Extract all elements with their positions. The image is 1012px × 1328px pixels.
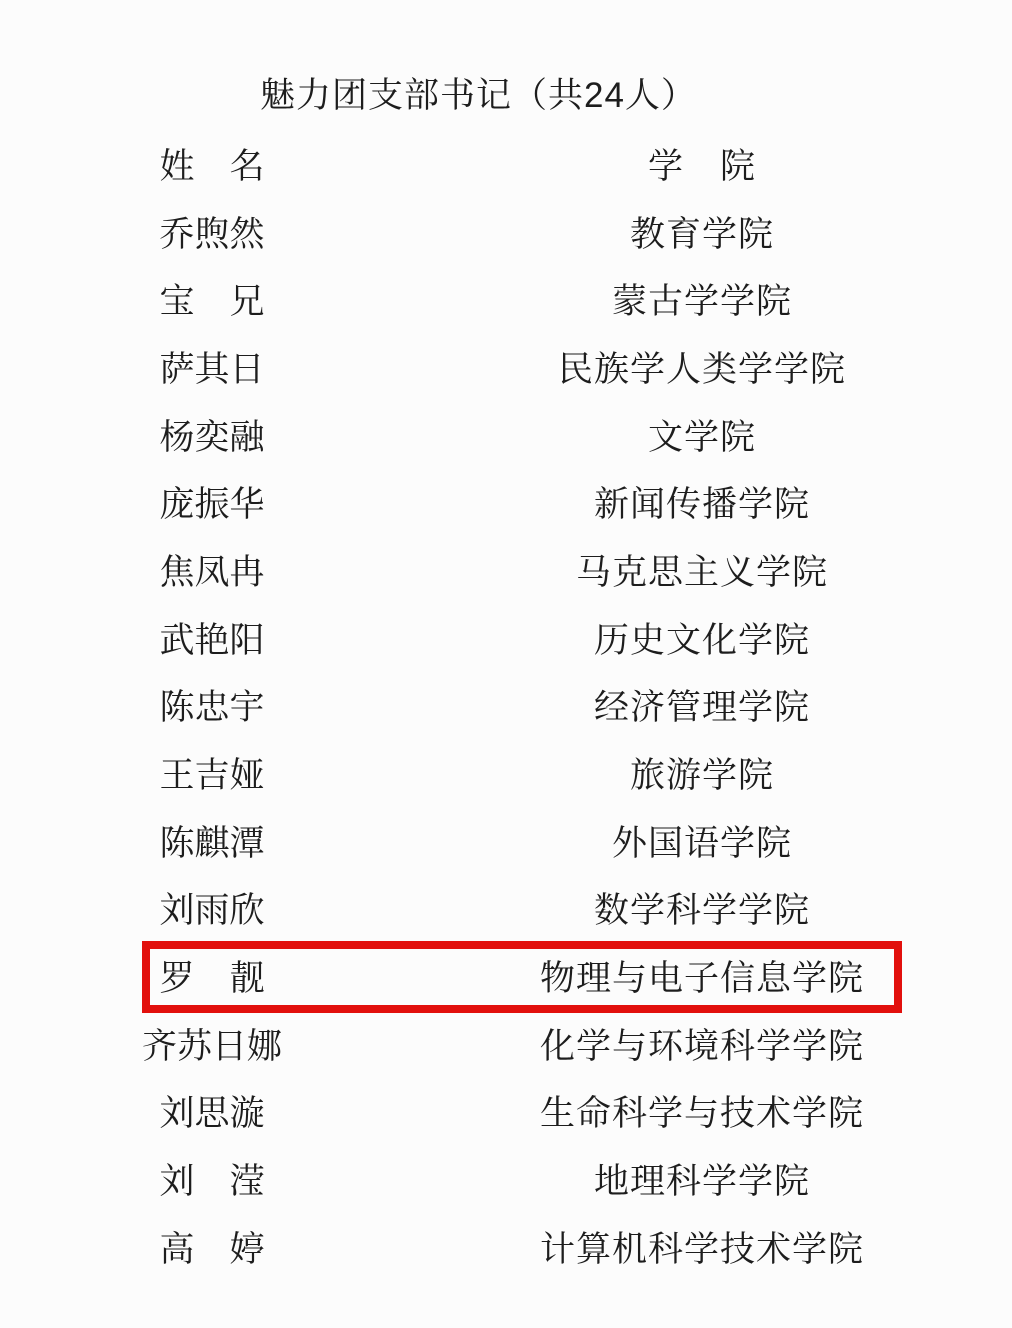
row-college: 马克思主义学院 [502, 553, 902, 593]
table-row: 乔煦然 教育学院 [0, 201, 1012, 269]
row-name: 刘 滢 [62, 1162, 362, 1202]
row-name: 陈忠宇 [62, 688, 362, 728]
row-name: 王吉娅 [62, 756, 362, 796]
table-row: 高 婷 计算机科学技术学院 [0, 1216, 1012, 1284]
roster-table: 姓 名 学 院 乔煦然 教育学院 宝 兄 蒙古学学院 萨其日 民族学人类学学院 … [0, 133, 1012, 1284]
row-name: 高 婷 [62, 1230, 362, 1270]
document-page: 魅力团支部书记（共24人） 姓 名 学 院 乔煦然 教育学院 宝 兄 蒙古学学院… [0, 0, 1012, 1328]
table-row: 萨其日 民族学人类学学院 [0, 336, 1012, 404]
table-row: 陈忠宇 经济管理学院 [0, 675, 1012, 743]
table-row: 陈麒潭 外国语学院 [0, 810, 1012, 878]
column-header-college: 学 院 [502, 147, 902, 187]
row-name: 罗 靓 [62, 959, 362, 999]
table-row: 焦凤冉 马克思主义学院 [0, 539, 1012, 607]
table-row: 王吉娅 旅游学院 [0, 742, 1012, 810]
row-name: 齐苏日娜 [62, 1027, 362, 1067]
row-college: 地理科学学院 [502, 1162, 902, 1202]
row-college: 历史文化学院 [502, 621, 902, 661]
row-college: 数学科学学院 [502, 891, 902, 931]
row-name: 乔煦然 [62, 215, 362, 255]
row-college: 化学与环境科学学院 [502, 1027, 902, 1067]
row-name: 庞振华 [62, 485, 362, 525]
row-name: 萨其日 [62, 350, 362, 390]
table-row: 刘 滢 地理科学学院 [0, 1148, 1012, 1216]
row-college: 物理与电子信息学院 [502, 959, 902, 999]
table-row: 杨奕融 文学院 [0, 404, 1012, 472]
row-college: 外国语学院 [502, 824, 902, 864]
page-title: 魅力团支部书记（共24人） [260, 74, 697, 118]
row-college: 生命科学与技术学院 [502, 1094, 902, 1134]
row-name: 杨奕融 [62, 418, 362, 458]
row-college: 文学院 [502, 418, 902, 458]
row-name: 武艳阳 [62, 621, 362, 661]
row-name: 焦凤冉 [62, 553, 362, 593]
row-college: 旅游学院 [502, 756, 902, 796]
table-row: 宝 兄 蒙古学学院 [0, 268, 1012, 336]
row-college: 教育学院 [502, 215, 902, 255]
row-college: 新闻传播学院 [502, 485, 902, 525]
table-row: 武艳阳 历史文化学院 [0, 607, 1012, 675]
table-row: 刘思漩 生命科学与技术学院 [0, 1081, 1012, 1149]
row-name: 刘思漩 [62, 1094, 362, 1134]
table-row: 庞振华 新闻传播学院 [0, 471, 1012, 539]
row-college: 民族学人类学学院 [502, 350, 902, 390]
table-header-row: 姓 名 学 院 [0, 133, 1012, 201]
row-name: 刘雨欣 [62, 891, 362, 931]
row-college: 经济管理学院 [502, 688, 902, 728]
row-name: 宝 兄 [62, 282, 362, 322]
row-college: 蒙古学学院 [502, 282, 902, 322]
table-row: 齐苏日娜 化学与环境科学学院 [0, 1013, 1012, 1081]
column-header-name: 姓 名 [62, 147, 362, 187]
row-name: 陈麒潭 [62, 824, 362, 864]
table-row-highlighted: 罗 靓 物理与电子信息学院 [0, 945, 1012, 1013]
row-college: 计算机科学技术学院 [502, 1230, 902, 1270]
table-row: 刘雨欣 数学科学学院 [0, 878, 1012, 946]
